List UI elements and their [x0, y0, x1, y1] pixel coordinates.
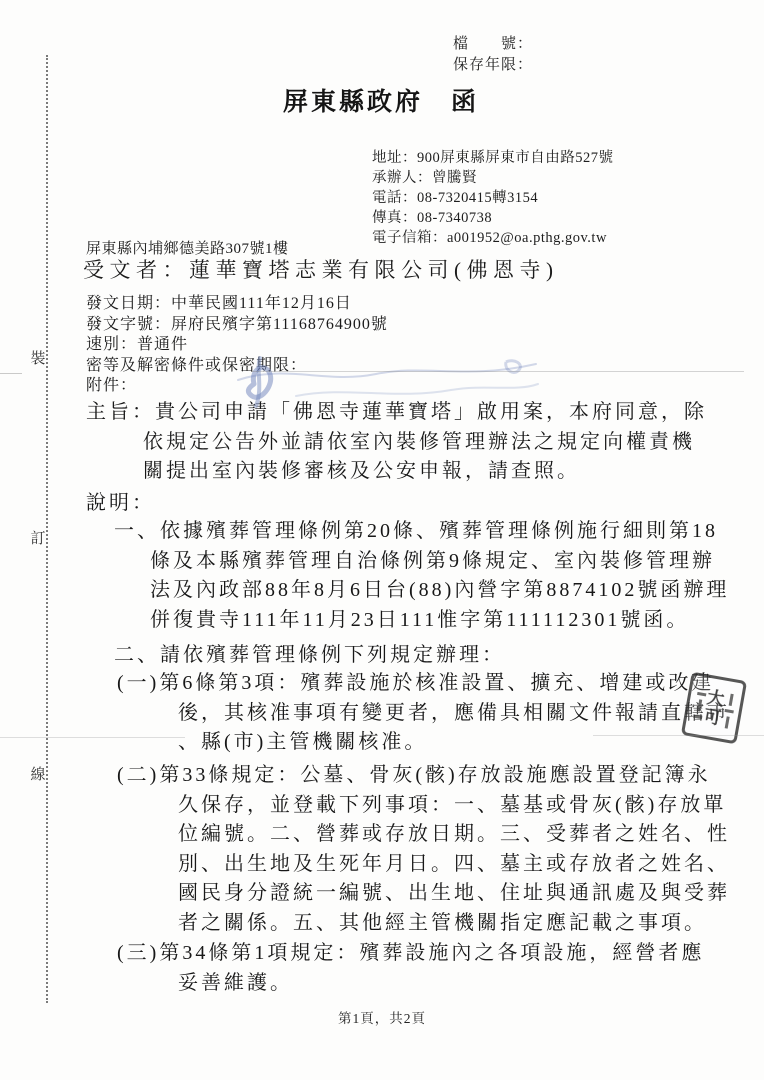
explanation-line: 位編號。二、營葬或存放日期。三、受葬者之姓名、性: [117, 820, 730, 850]
explanation-line: 併復貴寺111年11月23日111惟字第111112301號函。: [114, 606, 729, 636]
scan-artifact-line: [0, 737, 185, 738]
scanned-letter-page: { "document": { "file_label": "檔 號：", "r…: [0, 0, 764, 1080]
explanation-item-2-sub-1: (一)第6條第3項：殯葬設施於核准設置、擴充、增建或改建 後，其核准事項有變更者…: [117, 669, 730, 758]
issue-date: 發文日期：中華民國111年12月16日: [86, 294, 388, 315]
explanation-item-1: 一、依據殯葬管理條例第20條、殯葬管理條例施行細則第18 條及本縣殯葬管理自治條…: [114, 517, 729, 635]
explanation-line: 條及本縣殯葬管理自治條例第9條規定、室內裝修管理辦: [114, 547, 729, 577]
explanation-line: (一)第6條第3項：殯葬設施於核准設置、擴充、增建或改建: [117, 669, 730, 699]
ink-seal-stamp: 大 可: [681, 672, 747, 745]
sender-email: 電子信箱：a001952@oa.pthg.gov.tw: [372, 228, 614, 248]
doc-number: 發文字號：屏府民殯字第11168764900號: [86, 315, 388, 336]
explanation-line: 後，其核准事項有變更者，應備具相關文件報請直轄市: [117, 699, 730, 729]
explanation-line: 、縣(市)主管機關核准。: [117, 728, 730, 758]
sender-phone: 電話：08-7320415轉3154: [372, 188, 614, 208]
scan-artifact-line: [0, 373, 22, 374]
scan-artifact-line: [252, 371, 744, 372]
file-info-block: 檔 號： 保存年限：: [453, 34, 533, 76]
margin-label-line: 線: [28, 763, 48, 784]
explanation-line: 久保存，並登載下列事項：一、墓基或骨灰(骸)存放單: [117, 791, 730, 821]
document-title: 屏東縣政府 函: [283, 82, 479, 118]
sender-contact-person: 承辦人：曾騰賢: [372, 168, 614, 188]
recipient-line: 受文者：蓮華寶塔志業有限公司(佛恩寺): [83, 254, 559, 284]
explanation-line: 者之關係。五、其他經主管機關指定應記載之事項。: [117, 909, 730, 939]
sender-address: 地址：900屏東縣屏東市自由路527號: [372, 148, 614, 168]
page-number: 第1頁，共2頁: [0, 1007, 764, 1027]
explanation-line: 妥善維護。: [117, 969, 704, 999]
retention-period-label: 保存年限：: [453, 55, 533, 76]
explanation-item-2-heading: 二、請依殯葬管理條例下列規定辦理：: [114, 641, 505, 671]
handwritten-ink-mark: [236, 350, 541, 412]
explanation-label: 說明：: [86, 489, 155, 519]
scan-artifact-line: [593, 735, 764, 736]
explanation-line: 一、依據殯葬管理條例第20條、殯葬管理條例施行細則第18: [114, 517, 729, 547]
sender-fax: 傳真：08-7340738: [372, 208, 614, 228]
seal-char: 可: [702, 707, 722, 729]
margin-label-staple: 訂: [28, 527, 48, 548]
explanation-line: 別、出生地及生死年月日。四、墓主或存放者之姓名、: [117, 850, 730, 880]
subject-line: 關提出室內裝修審核及公安申報，請查照。: [86, 457, 707, 487]
explanation-item-2-sub-2: (二)第33條規定：公墓、骨灰(骸)存放設施應設置登記簿永 久保存，並登載下列事…: [117, 761, 730, 938]
sender-contact-block: 地址：900屏東縣屏東市自由路527號 承辦人：曾騰賢 電話：08-732041…: [372, 148, 614, 248]
explanation-line: 國民身分證統一編號、出生地、住址與通訊處及與受葬: [117, 879, 730, 909]
explanation-line: (二)第33條規定：公墓、骨灰(骸)存放設施應設置登記簿永: [117, 761, 730, 791]
file-number-label: 檔 號：: [453, 34, 533, 55]
explanation-line: (三)第34條第1項規定：殯葬設施內之各項設施，經營者應: [117, 939, 704, 969]
explanation-item-2-sub-3: (三)第34條第1項規定：殯葬設施內之各項設施，經營者應 妥善維護。: [117, 939, 704, 998]
explanation-line: 法及內政部88年8月6日台(88)內營字第8874102號函辦理: [114, 576, 729, 606]
subject-line: 依規定公告外並請依室內裝修管理辦法之規定向權責機: [86, 428, 707, 458]
margin-label-binding: 裝: [28, 347, 48, 368]
